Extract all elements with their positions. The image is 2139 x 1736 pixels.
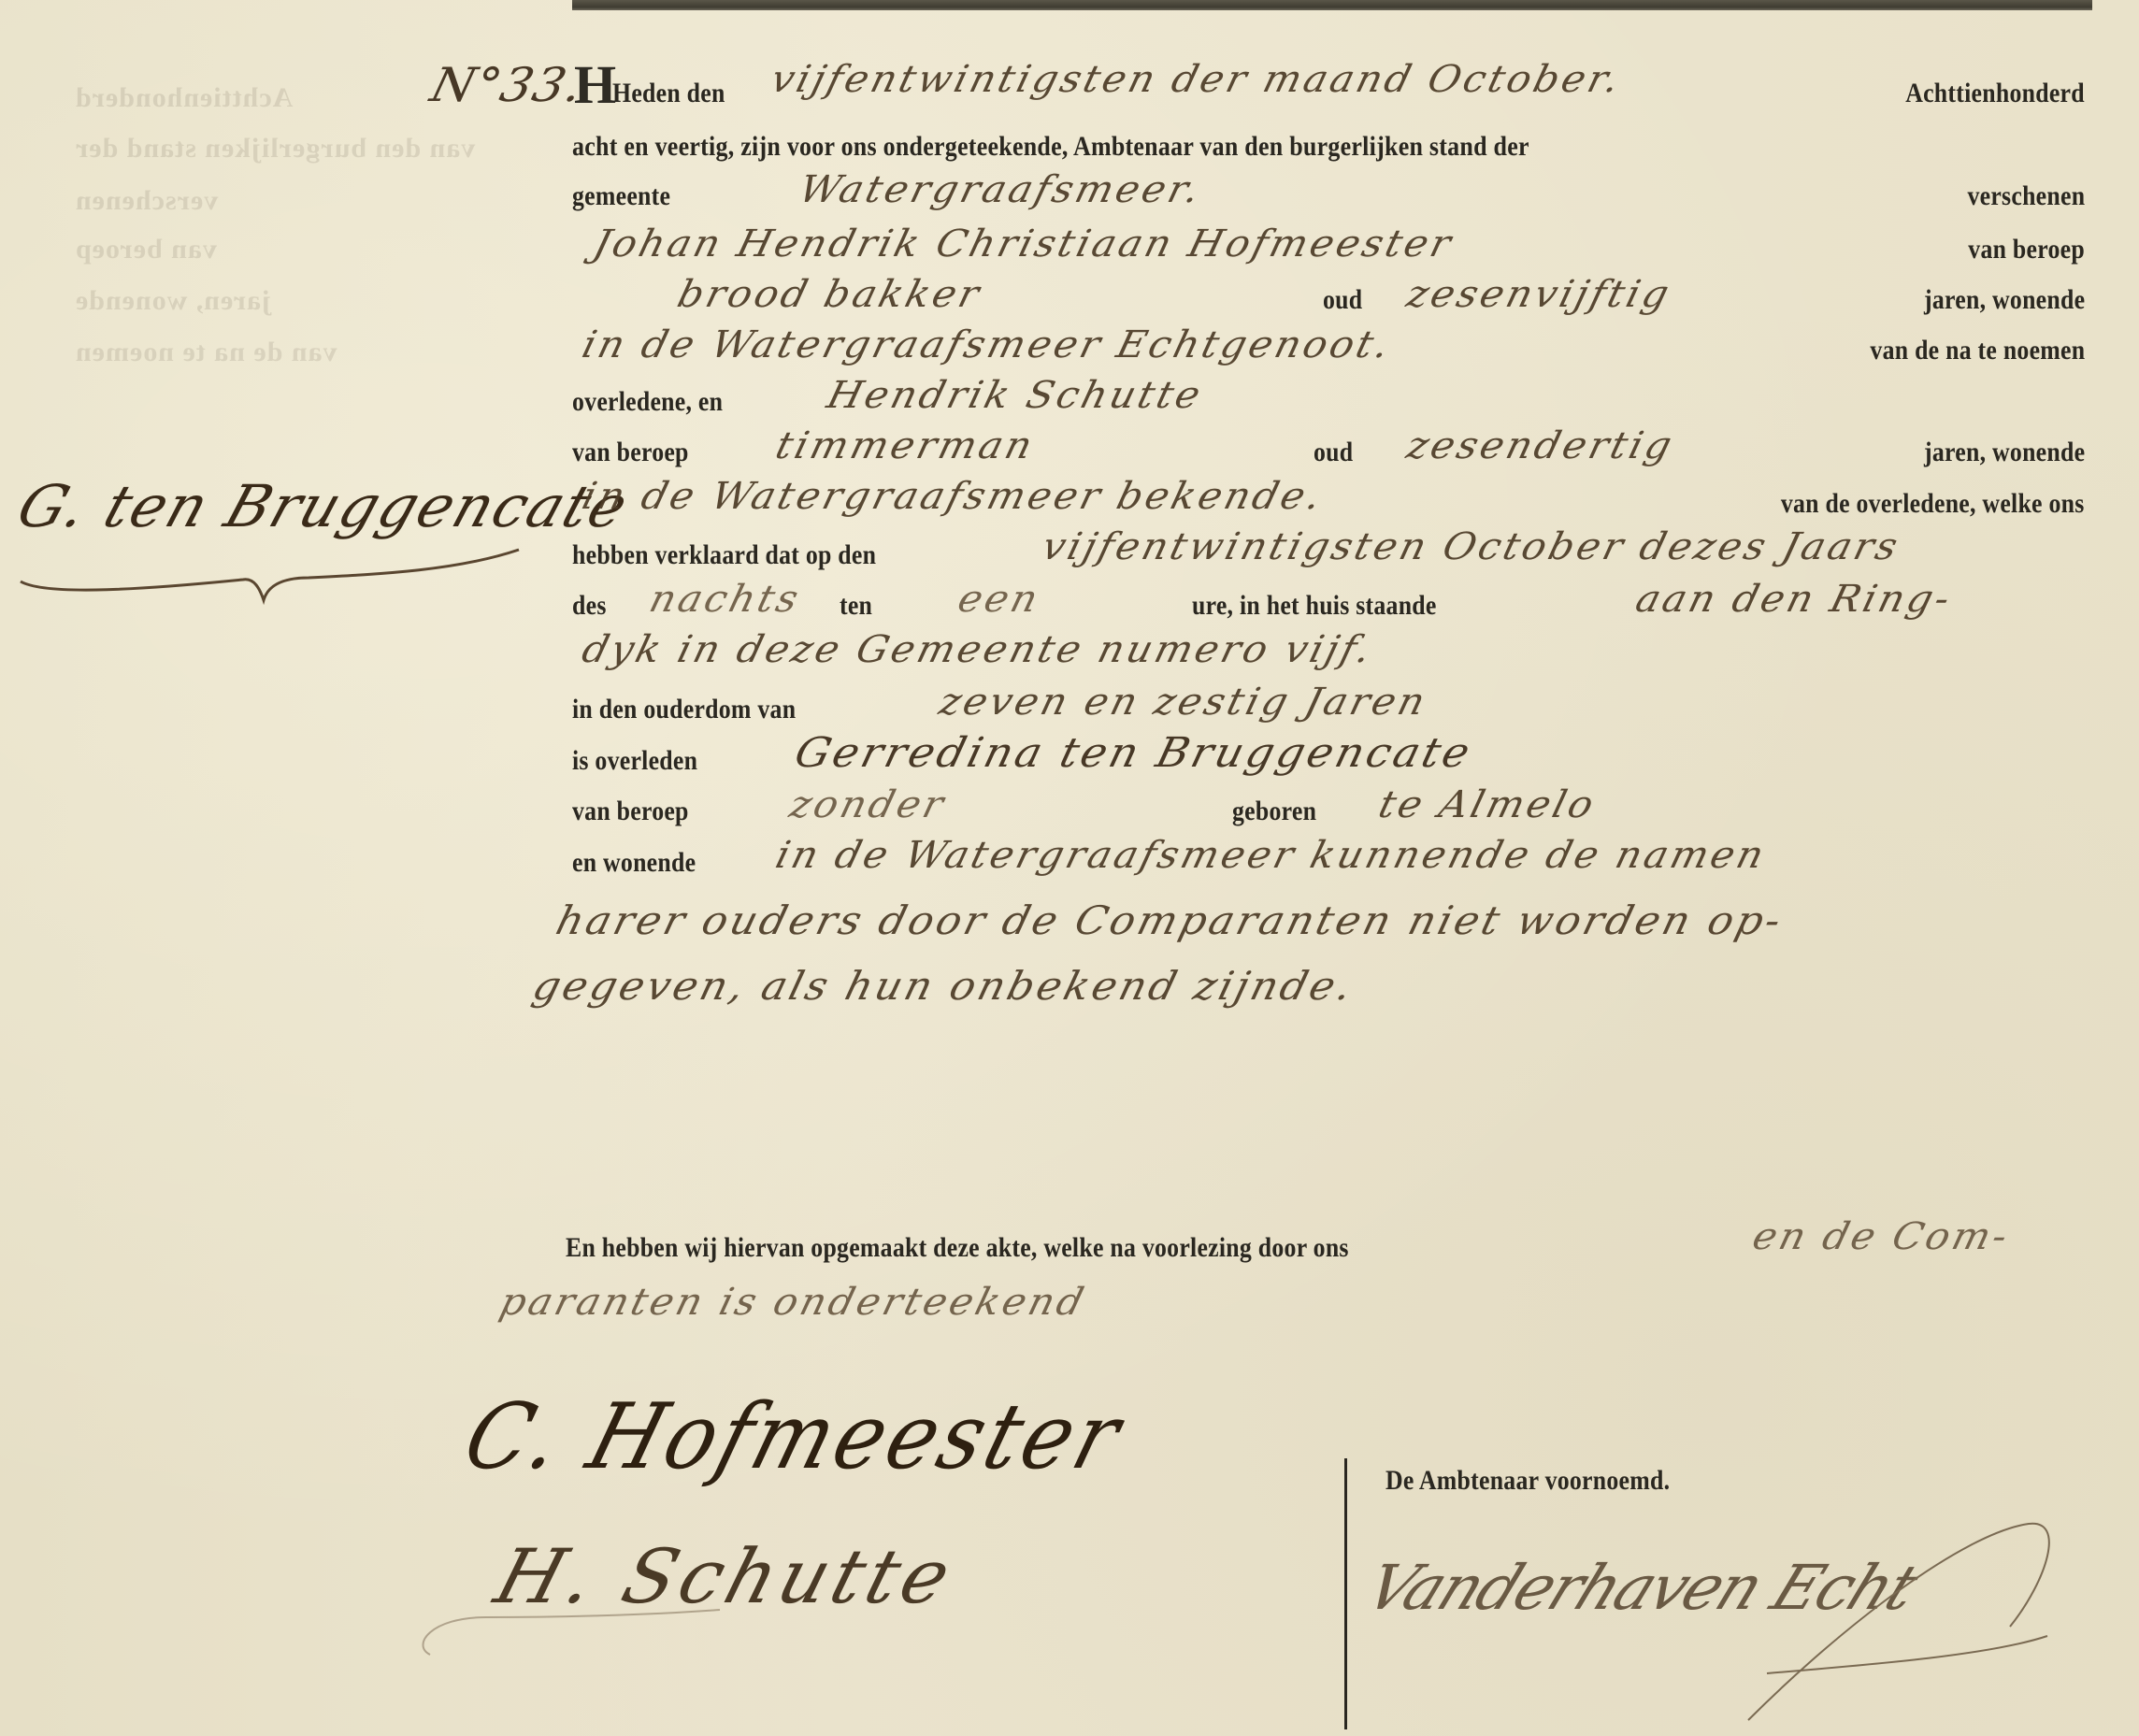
print-text: overledene, en xyxy=(572,386,723,418)
handwritten-closing: en de Com- xyxy=(1748,1215,2015,1258)
handwritten-deceased-residence: in de Watergraafsmeer kunnende de namen xyxy=(771,834,1771,877)
handwritten-declarant-2-age: zesendertig xyxy=(1402,424,1679,467)
handwritten-parents-note: harer ouders door de Comparanten niet wo… xyxy=(552,897,1788,943)
print-text: ure, in het huis staande xyxy=(1192,590,1437,622)
handwritten-closing-continued: paranten is onderteekend xyxy=(495,1281,1091,1324)
bleed-through-line: Achttienhonderd xyxy=(75,82,293,114)
print-text: Heden den xyxy=(612,78,725,109)
handwritten-address: aan den Ring- xyxy=(1631,578,1957,621)
print-text: van de overledene, welke ons xyxy=(1781,488,2085,520)
bleed-through-line: jaren, wonende xyxy=(75,285,271,317)
print-text: gemeente xyxy=(572,180,670,212)
official-label: De Ambtenaar voornoemd. xyxy=(1385,1465,1670,1497)
signature-bracket-divider xyxy=(1344,1458,1347,1729)
print-text: hebben verklaard dat op den xyxy=(572,539,876,571)
handwritten-declarant-1-occupation: brood bakker xyxy=(673,273,986,316)
print-text: van beroep xyxy=(572,796,689,827)
print-text: ten xyxy=(840,590,872,622)
drop-cap-H: H xyxy=(574,58,616,112)
print-text: geboren xyxy=(1232,796,1316,827)
handwritten-declarant-1-age: zesenvijftig xyxy=(1402,273,1676,316)
print-text: jaren, wonende xyxy=(1924,284,2085,316)
handwritten-declarant-1-name: Johan Hendrik Christiaan Hofmeester xyxy=(589,222,1457,265)
schutte-signature-flourish xyxy=(402,1589,739,1664)
print-text: verschenen xyxy=(1967,180,2085,212)
bleed-through-line: van de na te noemen xyxy=(75,337,337,368)
print-text: in den ouderdom van xyxy=(572,694,796,725)
print-text: Achttienhonderd xyxy=(1905,78,2085,109)
print-text: oud xyxy=(1314,437,1353,468)
bleed-through-line: van beroep xyxy=(75,234,217,265)
print-text: jaren, wonende xyxy=(1924,437,2085,468)
handwritten-date: vijfentwintigsten der maand October. xyxy=(767,58,1627,101)
print-text: van beroep xyxy=(572,437,689,468)
official-signature-flourish xyxy=(1730,1496,2122,1736)
bleed-through-line: verschenen xyxy=(75,185,218,217)
handwritten-birthplace: te Almelo xyxy=(1374,783,1601,826)
handwritten-declarant-2-occupation: timmerman xyxy=(771,424,1040,467)
closing-print-text: En hebben wij hiervan opgemaakt deze akt… xyxy=(566,1232,1349,1264)
act-number: N°33. xyxy=(425,58,589,112)
handwritten-deceased-age: zeven en zestig Jaren xyxy=(935,681,1432,724)
handwritten-address-continued: dyk in deze Gemeente numero vijf. xyxy=(578,628,1378,671)
handwritten-deceased-name: Gerredina ten Bruggencate xyxy=(790,729,1477,777)
handwritten-death-date: vijfentwintigsten October dezes Jaars xyxy=(1038,525,1904,568)
print-text: van de na te noemen xyxy=(1870,335,2085,366)
print-text: oud xyxy=(1323,284,1362,316)
handwritten-hour: een xyxy=(954,578,1045,621)
margin-signature: G. ten Bruggencate xyxy=(9,472,638,540)
bleed-through-line: van den burgerlijken stand der xyxy=(75,133,475,165)
print-text: van beroep xyxy=(1968,234,2085,265)
signature-underline-flourish xyxy=(9,561,533,608)
print-text: is overleden xyxy=(572,745,697,777)
handwritten-parents-note-continued: gegeven, als hun onbekend zijnde. xyxy=(528,963,1359,1009)
handwritten-declarant-2-residence: in de Watergraafsmeer bekende. xyxy=(578,475,1328,518)
handwritten-deceased-occupation: zonder xyxy=(785,783,951,826)
print-text: des xyxy=(572,590,607,622)
header-rule xyxy=(572,0,2092,10)
handwritten-time-of-day: nachts xyxy=(645,578,805,621)
print-text: acht en veertig, zijn voor ons ondergete… xyxy=(572,131,1529,163)
handwritten-declarant-2-name: Hendrik Schutte xyxy=(823,374,1207,417)
signature-declarant-hofmeester: C. Hofmeester xyxy=(453,1384,1135,1489)
print-text: en wonende xyxy=(572,847,696,879)
handwritten-declarant-1-residence: in de Watergraafsmeer Echtgenoot. xyxy=(578,323,1397,366)
handwritten-municipality: Watergraafsmeer. xyxy=(795,168,1207,211)
